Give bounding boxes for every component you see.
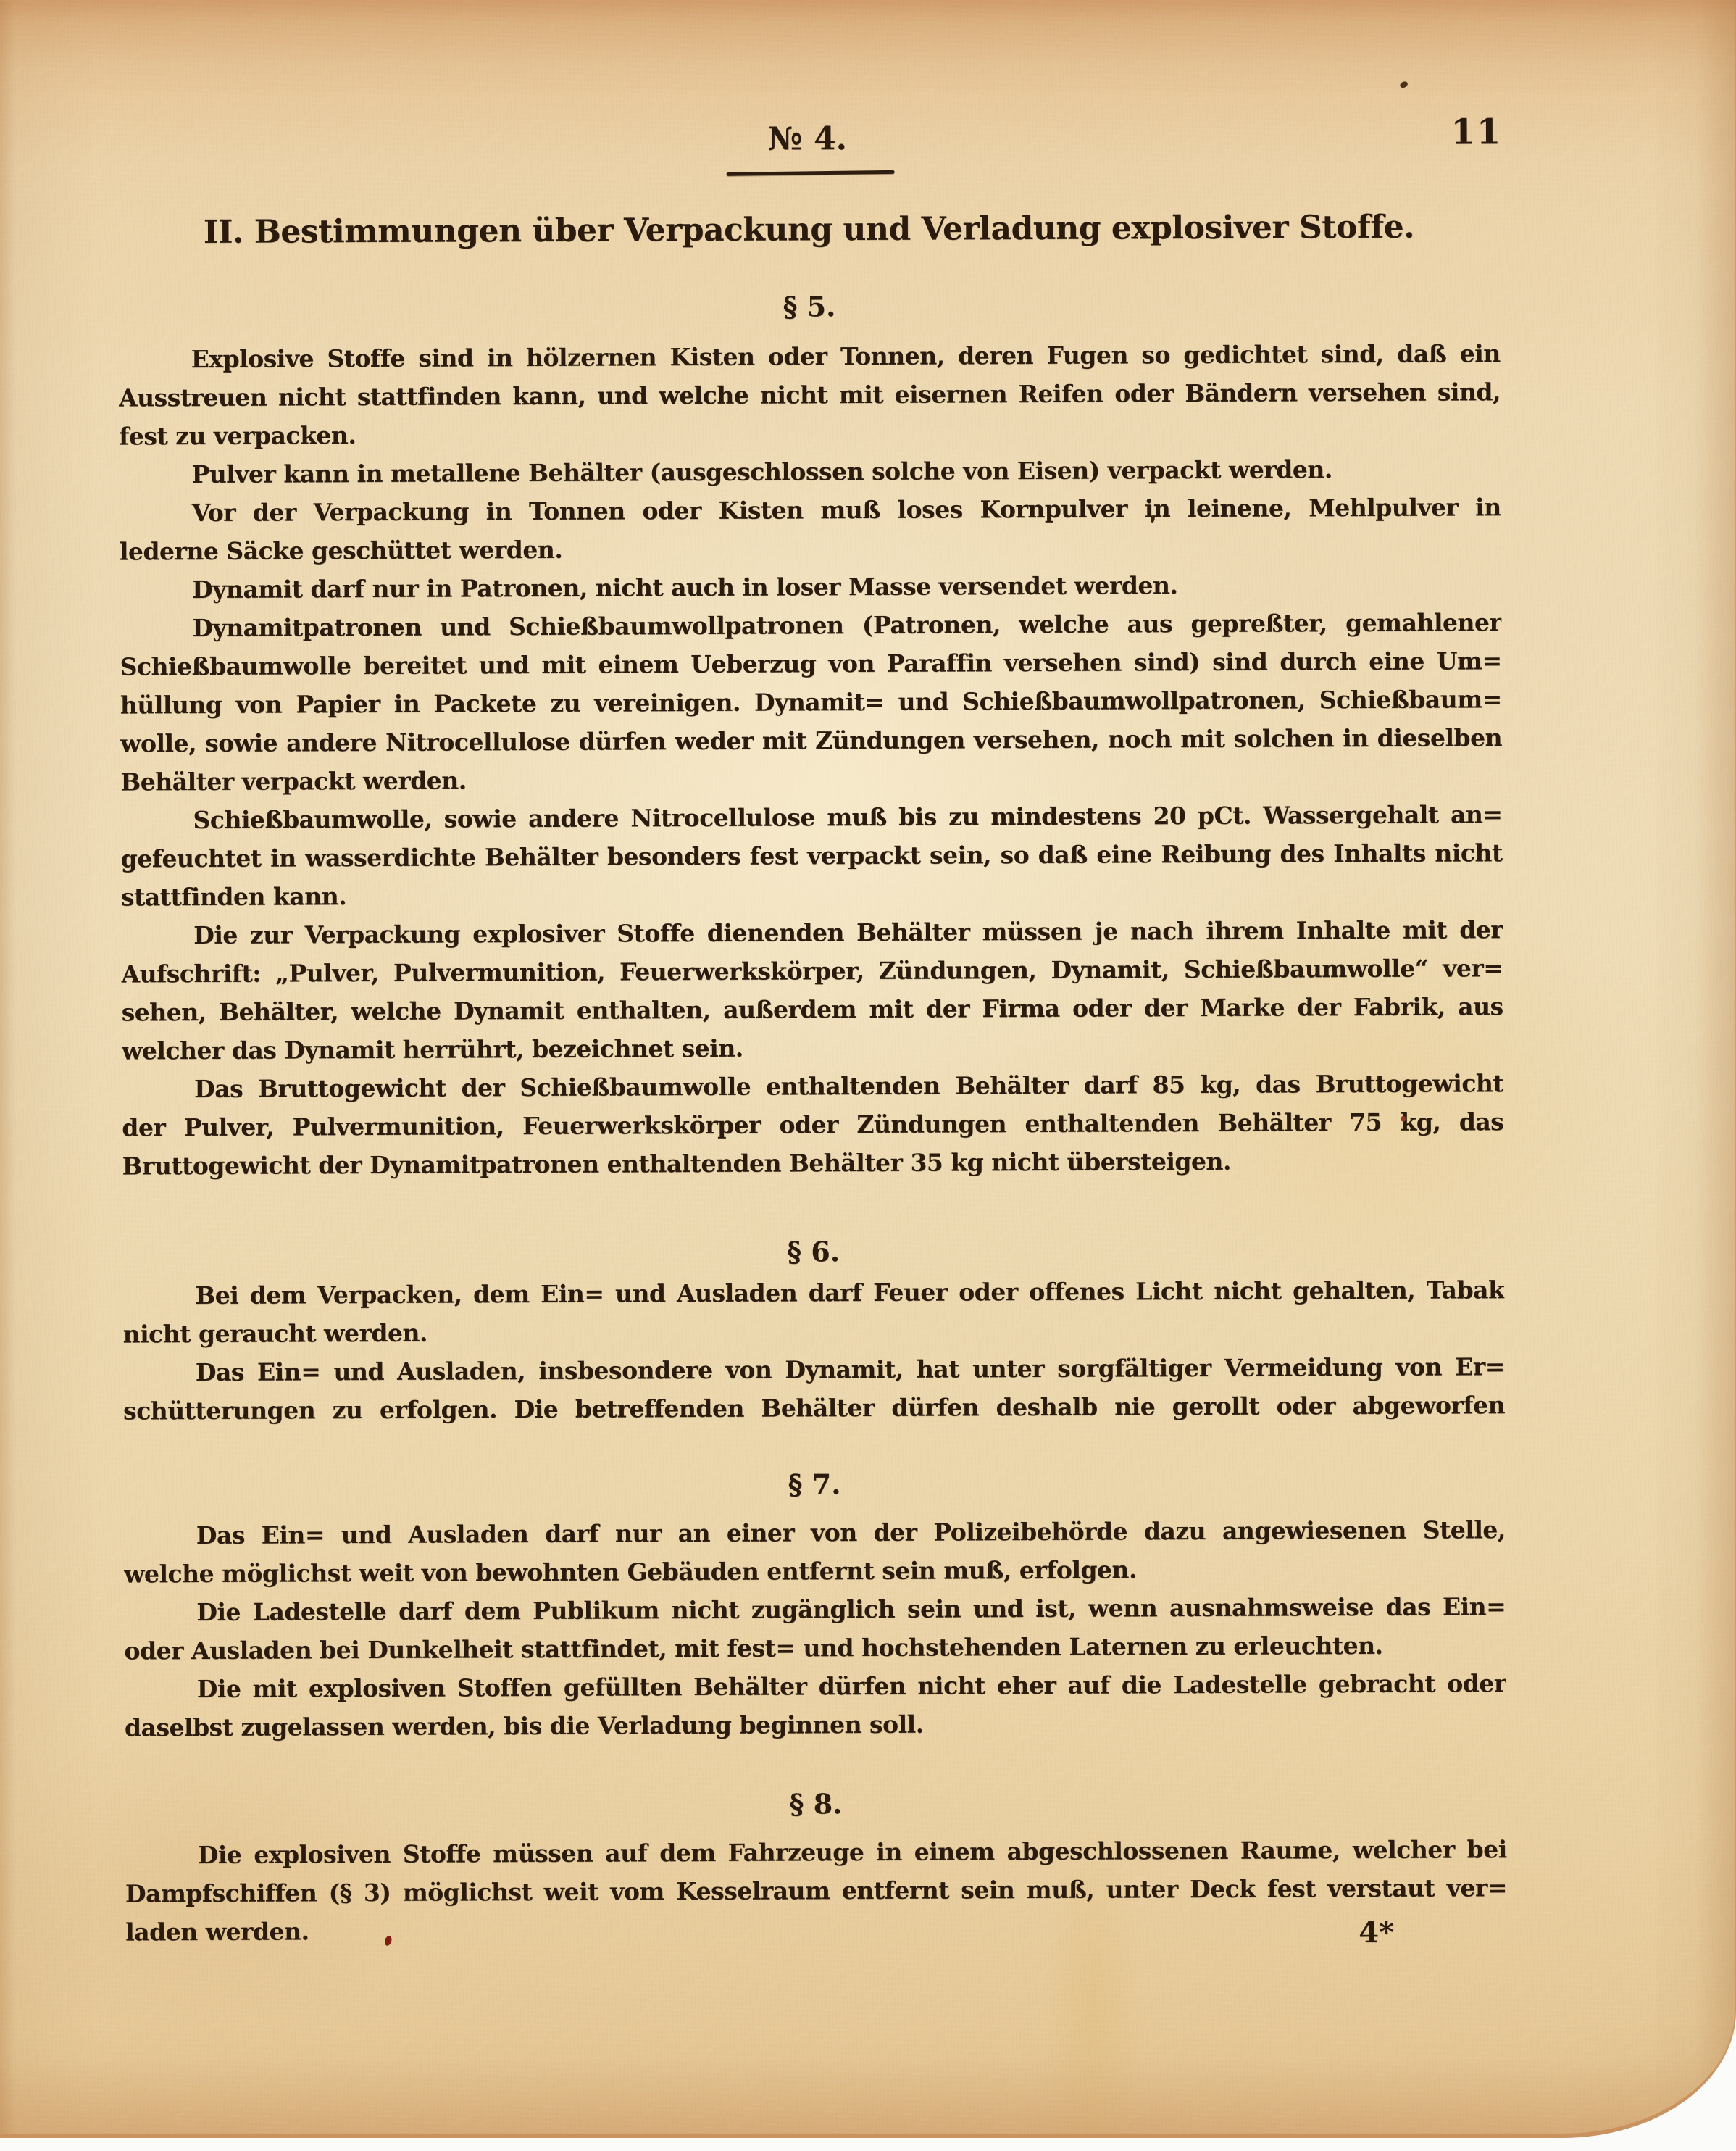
text-line: Die explosiven Stoffe müssen auf dem Fah… [125, 1830, 1507, 1874]
text-line: welcher das Dynamit herrührt, bezeichnet… [122, 1025, 1503, 1070]
section-6: § 6.Bei dem Verpacken, dem Ein= und Ausl… [122, 1229, 1505, 1430]
section-title: § 7. [123, 1462, 1505, 1506]
text-line: stattfinden kann. [121, 872, 1503, 916]
section-title: § 5. [118, 284, 1500, 328]
regulations-body: § 5.Explosive Stoffe sind in hölzernen K… [117, 0, 1508, 1951]
paragraph: Das Ein= und Ausladen darf nur an einer … [124, 1510, 1506, 1593]
text-line: Schießbaumwolle, sowie andere Nitrocellu… [120, 795, 1502, 839]
text-line: fest zu verpacken. [119, 411, 1501, 455]
paragraph: Dynamit darf nur in Patronen, nicht auch… [120, 565, 1501, 609]
text-line: Das Bruttogewicht der Schießbaumwolle en… [122, 1064, 1503, 1108]
text-line: Dynamitpatronen und Schießbaumwollpatron… [120, 603, 1501, 647]
text-line: Explosive Stoffe sind in hölzernen Kiste… [119, 334, 1501, 378]
text-line: Ausstreuen nicht stattfinden kann, und w… [119, 373, 1501, 417]
signature-mark: 4* [1359, 1915, 1394, 1950]
text-line: Aufschrift: „Pulver, Pulvermunition, Feu… [121, 949, 1503, 993]
text-line: sehen, Behälter, welche Dynamit enthalte… [122, 987, 1503, 1031]
text-line: oder Ausladen bei Dunkelheit stattfindet… [124, 1626, 1506, 1670]
scanned-page-paper: № 4. 11 II. Bestimmungen über Verpackung… [0, 0, 1736, 2138]
paragraph: Die explosiven Stoffe müssen auf dem Fah… [125, 1830, 1508, 1951]
paragraph: Die mit explosiven Stoffen gefüllten Beh… [125, 1664, 1506, 1747]
text-line: welche möglichst weit von bewohnten Gebä… [124, 1549, 1506, 1593]
paragraph: Bei dem Verpacken, dem Ein= und Ausladen… [122, 1270, 1504, 1353]
text-line: schütterungen zu erfolgen. Die betreffen… [123, 1386, 1505, 1430]
text-line: der Pulver, Pulvermunition, Feuerwerkskö… [122, 1102, 1503, 1147]
text-line: nicht geraucht werden. [122, 1309, 1504, 1353]
paragraph: Pulver kann in metallene Behälter (ausge… [119, 449, 1501, 494]
ink-speck [1401, 1116, 1406, 1122]
section-8: § 8.Die explosiven Stoffe müssen auf dem… [125, 1781, 1507, 1951]
text-line: Die zur Verpackung explosiver Stoffe die… [121, 910, 1503, 954]
paragraph: Die zur Verpackung explosiver Stoffe die… [121, 910, 1503, 1070]
text-line: Bei dem Verpacken, dem Ein= und Ausladen… [122, 1270, 1504, 1315]
text-line: hüllung von Papier in Packete zu vereini… [120, 680, 1502, 724]
text-line: gefeuchtet in wasserdichte Behälter beso… [121, 833, 1503, 878]
paragraph: Dynamitpatronen und Schießbaumwollpatron… [120, 603, 1502, 801]
paragraph: Das Bruttogewicht der Schießbaumwolle en… [122, 1064, 1504, 1185]
section-title: § 6. [122, 1229, 1504, 1273]
text-line: Das Ein= und Ausladen, insbesondere von … [123, 1347, 1505, 1391]
paragraph: Vor der Verpackung in Tonnen oder Kisten… [120, 488, 1501, 570]
paragraph: Schießbaumwolle, sowie andere Nitrocellu… [120, 795, 1503, 916]
page-content: № 4. 11 II. Bestimmungen über Verpackung… [0, 0, 1736, 2137]
section-title: § 8. [125, 1781, 1506, 1826]
text-line: Das Ein= und Ausladen darf nur an einer … [124, 1510, 1506, 1555]
text-line: Dynamit darf nur in Patronen, nicht auch… [120, 565, 1501, 609]
text-line: Bruttogewicht der Dynamitpatronen enthal… [122, 1141, 1503, 1185]
text-line: Vor der Verpackung in Tonnen oder Kisten… [120, 488, 1501, 532]
text-line: Die mit explosiven Stoffen gefüllten Beh… [125, 1664, 1506, 1708]
paragraph: Die Ladestelle darf dem Publikum nicht z… [124, 1587, 1506, 1670]
text-line: Behälter verpackt werden. [120, 757, 1502, 801]
text-line: Die Ladestelle darf dem Publikum nicht z… [124, 1587, 1506, 1631]
section-5: § 5.Explosive Stoffe sind in hölzernen K… [118, 284, 1503, 1185]
text-line: Schießbaumwolle bereitet und mit einem U… [120, 641, 1501, 686]
text-line: wolle, sowie andere Nitrocellulose dürfe… [120, 718, 1502, 762]
text-line: laden werden. [125, 1907, 1507, 1951]
paragraph: Das Ein= und Ausladen, insbesondere von … [123, 1347, 1505, 1430]
text-line: Dampfschiffen (§ 3) möglichst weit vom K… [125, 1868, 1507, 1913]
section-7: § 7.Das Ein= und Ausladen darf nur an ei… [123, 1462, 1506, 1747]
text-line: daselbst zugelassen werden, bis die Verl… [125, 1702, 1506, 1747]
text-line: lederne Säcke geschüttet werden. [120, 526, 1501, 570]
text-line: Pulver kann in metallene Behälter (ausge… [119, 449, 1501, 494]
paragraph: Explosive Stoffe sind in hölzernen Kiste… [119, 334, 1501, 455]
